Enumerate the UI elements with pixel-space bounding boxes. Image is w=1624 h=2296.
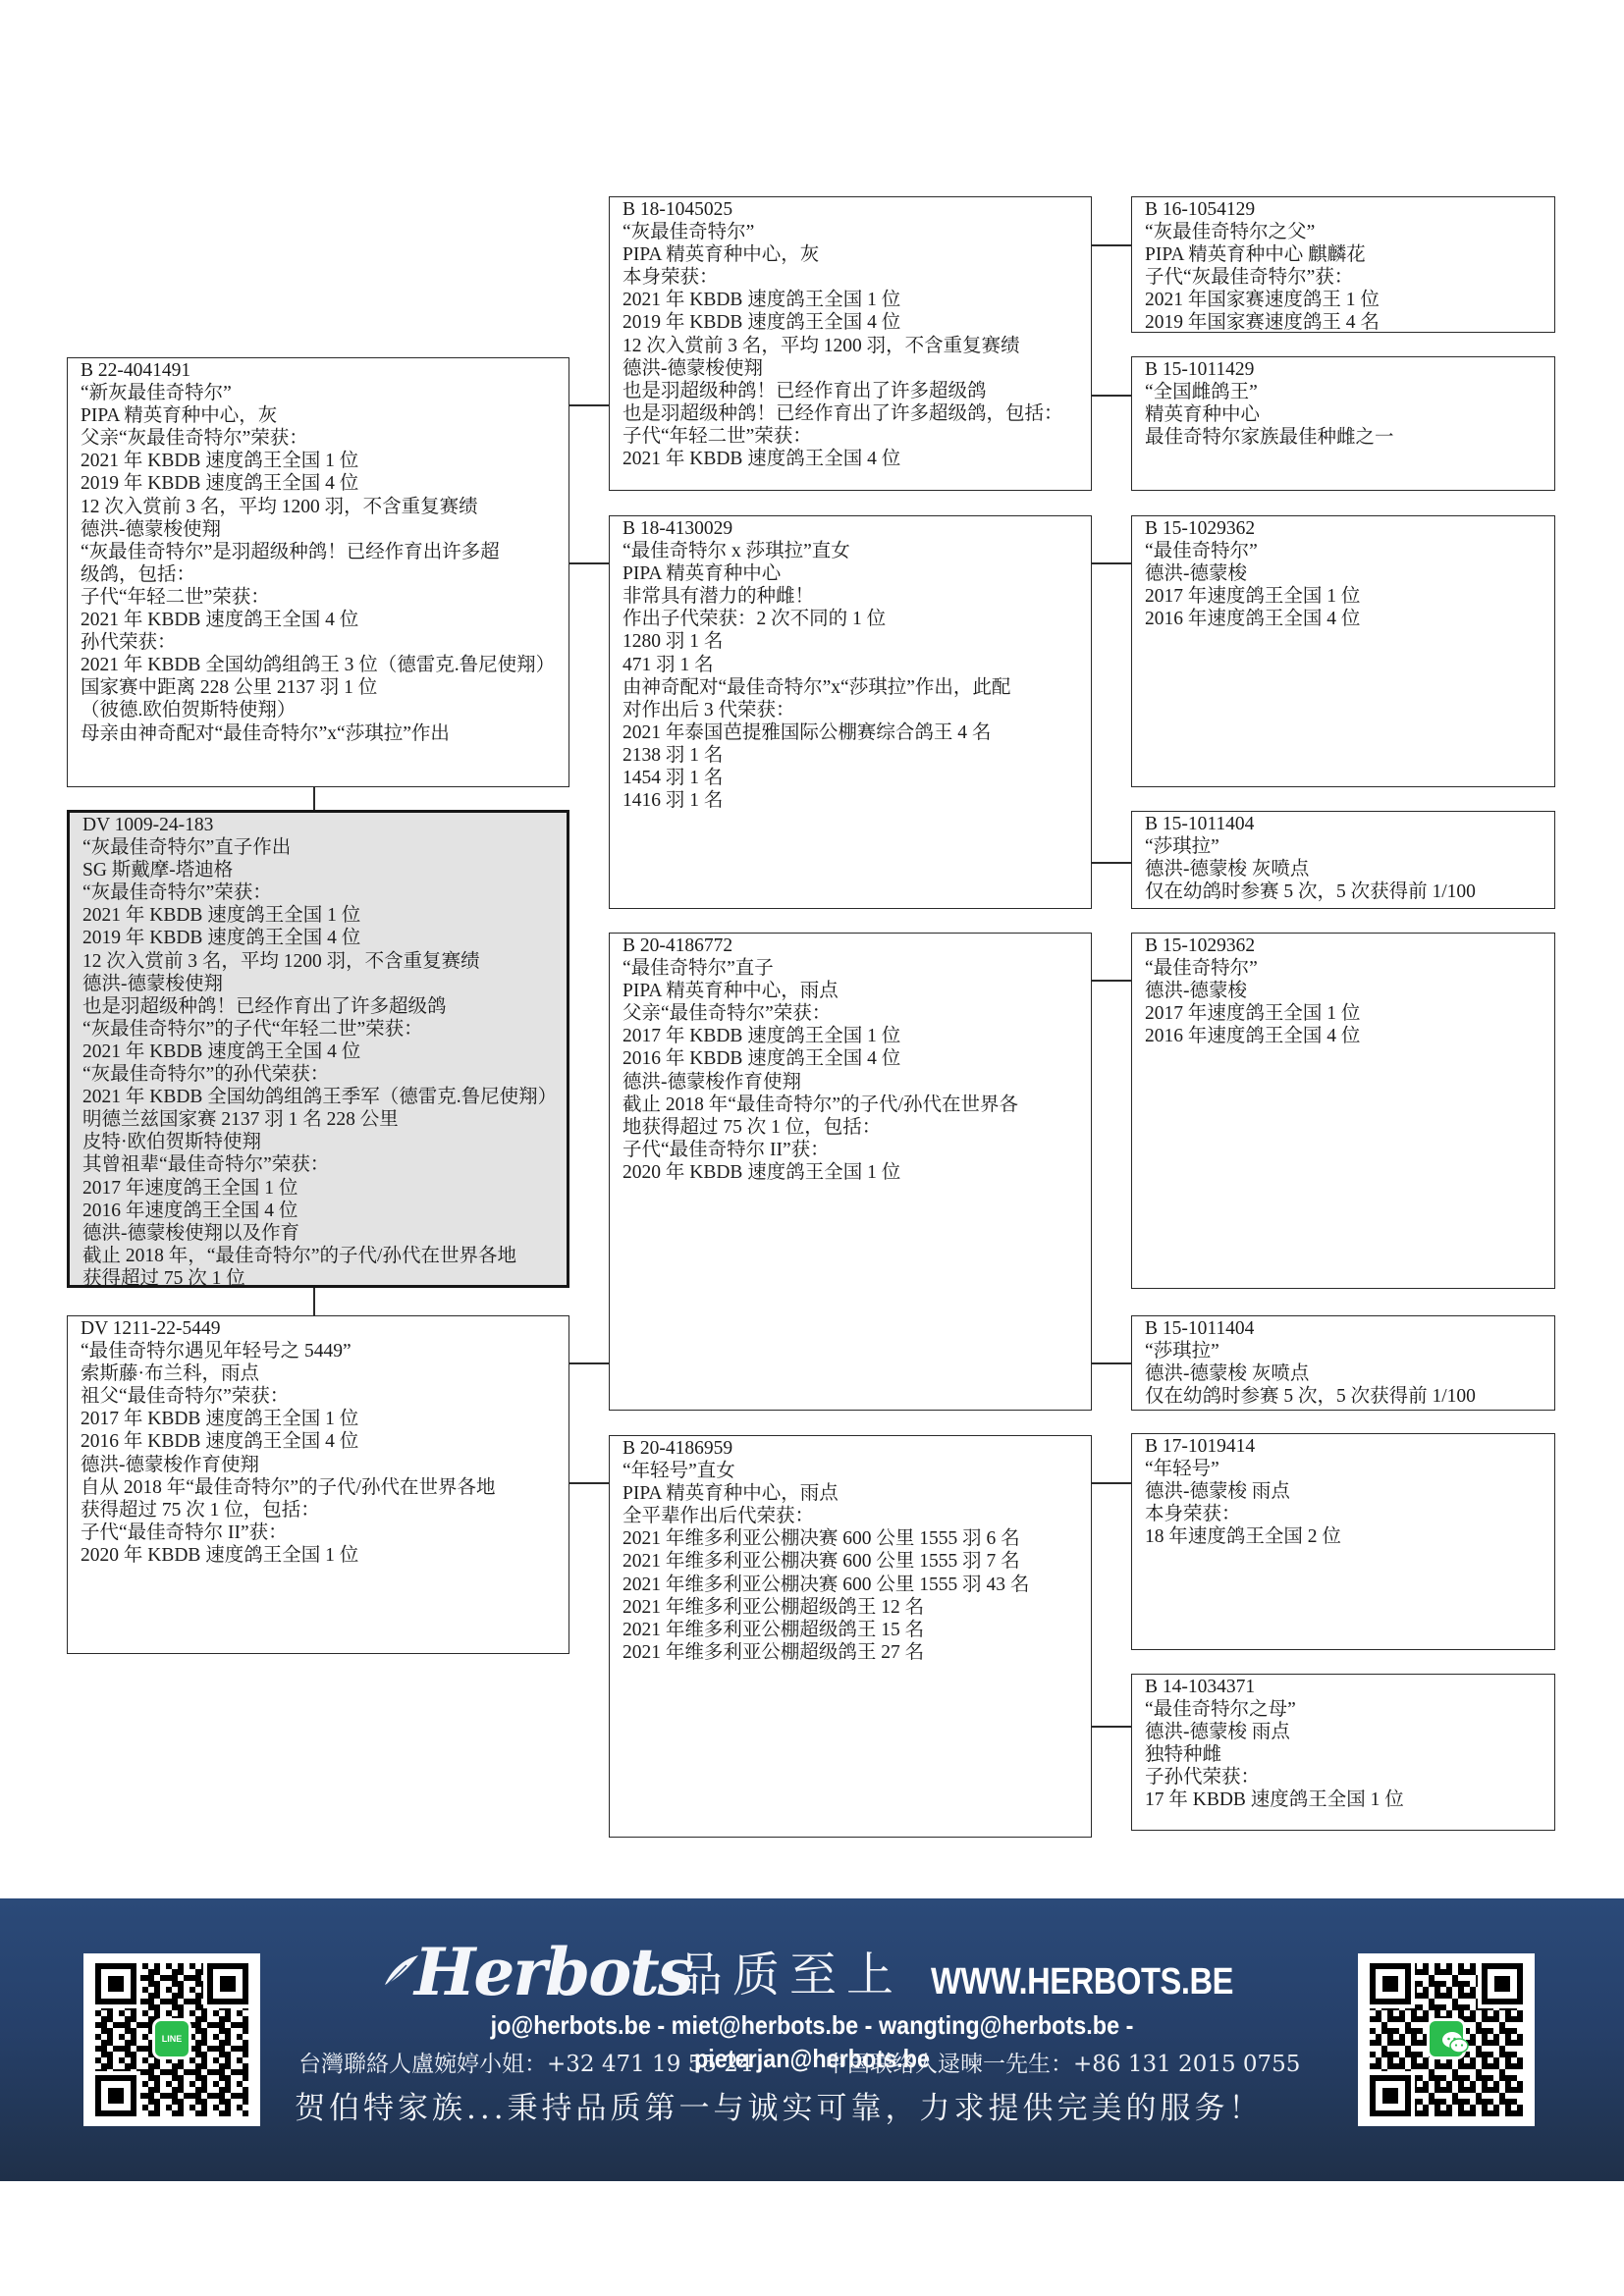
text-line: 2021 年 KBDB 全国幼鸽组鸽王季军（德雷克.鲁尼使翔） (82, 1086, 567, 1108)
pedigree-card-paternal-granddam: B 18-4130029“最佳奇特尔 x 莎琪拉”直女PIPA 精英育种中心非常… (609, 515, 1092, 909)
text-line: “灰最佳奇特尔”直子作出 (82, 836, 567, 859)
pedigree-card-great-grandparent: B 15-1011404“莎琪拉”德洪-德蒙梭 灰喷点仅在幼鸽时参赛 5 次，5… (1131, 1315, 1555, 1411)
text-line: 2138 羽 1 名 (623, 744, 1091, 767)
text-line: 祖父“最佳奇特尔”荣获： (81, 1385, 568, 1408)
connector-line (313, 1288, 315, 1315)
text-line: “灰最佳奇特尔” (623, 221, 1091, 243)
text-line: 德洪-德蒙梭 雨点 (1145, 1480, 1554, 1503)
connector-line (1092, 862, 1131, 864)
text-line: PIPA 精英育种中心 (623, 562, 1091, 585)
text-line: 对作出后 3 代荣获： (623, 699, 1091, 721)
text-line: 皮特·欧伯贺斯特使翔 (82, 1131, 567, 1153)
text-line: “灰最佳奇特尔”是羽超级种鸽！已经作育出许多超 (81, 541, 568, 563)
text-line: 也是羽超级种鸽！已经作育出了许多超级鸽 (82, 995, 567, 1018)
text-line: 截止 2018 年，“最佳奇特尔”的子代/孙代在世界各地 (82, 1245, 567, 1267)
text-line: “灰最佳奇特尔”的子代“年轻二世”荣获： (82, 1018, 567, 1041)
text-line: 级鸽，包括： (81, 563, 568, 586)
text-line: 父亲“灰最佳奇特尔”荣获： (81, 427, 568, 450)
ring-number: B 20-4186959 (623, 1437, 1091, 1460)
text-line: 德洪-德蒙梭作育使翔 (81, 1454, 568, 1476)
website-link[interactable]: WWW.HERBOTS.BE (931, 1959, 1233, 2004)
pedigree-card-maternal-grandsire: B 20-4186772“最佳奇特尔”直子PIPA 精英育种中心，雨点父亲“最佳… (609, 933, 1092, 1411)
ring-number: B 15-1029362 (1145, 934, 1554, 957)
text-line: 其曾祖辈“最佳奇特尔”荣获： (82, 1153, 567, 1176)
ring-number: B 14-1034371 (1145, 1676, 1554, 1698)
text-line: 母亲由神奇配对“最佳奇特尔”x“莎琪拉”作出 (81, 722, 568, 745)
text-line: 作出子代荣获：2 次不同的 1 位 (623, 608, 1091, 630)
text-line: 德洪-德蒙梭 雨点 (1145, 1721, 1554, 1743)
pedigree-card-great-grandparent: B 14-1034371“最佳奇特尔之母”德洪-德蒙梭 雨点独特种雌子孙代荣获：… (1131, 1674, 1555, 1831)
connector-line (1092, 1362, 1131, 1364)
text-line: 2021 年维多利亚公棚超级鸽王 12 名 (623, 1596, 1091, 1619)
pedigree-card-dam: DV 1211-22-5449“最佳奇特尔遇见年轻号之 5449”索斯藤·布兰科… (67, 1315, 569, 1654)
text-line: 2016 年 KBDB 速度鸽王全国 4 位 (623, 1047, 1091, 1070)
brand-row: Herbots 品质至上 WWW.HERBOTS.BE (381, 1936, 1265, 2008)
line-icon: LINE (152, 2018, 191, 2059)
contact-phones: 台灣聯絡人盧婉婷小姐：+32 471 19 55 24 中国联络人逯暕一先生：+… (295, 2048, 1326, 2081)
text-line: 2021 年 KBDB 速度鸽王全国 4 位 (82, 1041, 567, 1063)
text-line: 德洪-德蒙梭使翔 (81, 518, 568, 541)
text-line: 自从 2018 年“最佳奇特尔”的子代/孙代在世界各地 (81, 1476, 568, 1499)
text-line: PIPA 精英育种中心 麒麟花 (1145, 243, 1554, 266)
text-line: 独特种雌 (1145, 1743, 1554, 1766)
ring-number: B 20-4186772 (623, 934, 1091, 957)
text-line: “最佳奇特尔” (1145, 957, 1554, 980)
text-line: PIPA 精英育种中心，雨点 (623, 980, 1091, 1002)
text-line: 精英育种中心 (1145, 403, 1554, 426)
text-line: 2017 年 KBDB 速度鸽王全国 1 位 (81, 1408, 568, 1430)
text-line: 12 次入赏前 3 名，平均 1200 羽，不含重复赛绩 (623, 335, 1091, 357)
text-line: 2021 年国家赛速度鸽王 1 位 (1145, 289, 1554, 311)
pedigree-card-great-grandparent: B 15-1029362“最佳奇特尔”德洪-德蒙梭2017 年速度鸽王全国 1 … (1131, 515, 1555, 787)
text-line: 德洪-德蒙梭使翔 (623, 357, 1091, 380)
ring-number: B 22-4041491 (81, 359, 568, 382)
pedigree-card-sire: B 22-4041491“新灰最佳奇特尔”PIPA 精英育种中心，灰父亲“灰最佳… (67, 357, 569, 787)
text-line: PIPA 精英育种中心，雨点 (623, 1482, 1091, 1505)
text-line: 2020 年 KBDB 速度鸽王全国 1 位 (81, 1544, 568, 1567)
text-line: 最佳奇特尔家族最佳种雌之一 (1145, 426, 1554, 449)
connector-line (1092, 395, 1131, 397)
ring-number: B 15-1011429 (1145, 358, 1554, 381)
text-line: 索斯藤·布兰科，雨点 (81, 1362, 568, 1385)
brand-tagline: 品质至上 (676, 1946, 903, 2004)
text-line: 德洪-德蒙梭作育使翔 (623, 1071, 1091, 1094)
text-line: 由神奇配对“最佳奇特尔”x“莎琪拉”作出，此配 (623, 676, 1091, 699)
text-line: 17 年 KBDB 速度鸽王全国 1 位 (1145, 1789, 1554, 1811)
text-line: 本身荣获： (623, 266, 1091, 289)
text-line: 2017 年速度鸽王全国 1 位 (1145, 1002, 1554, 1025)
contact-banner: LINE Herbots 品质至上 WWW.HERBOTS.BE jo@herb… (0, 1898, 1624, 2181)
text-line: “最佳奇特尔之母” (1145, 1698, 1554, 1721)
pedigree-card-maternal-granddam: B 20-4186959“年轻号”直女PIPA 精英育种中心，雨点全平辈作出后代… (609, 1435, 1092, 1838)
brand-logo: Herbots (381, 1936, 692, 2008)
text-line: 2021 年维多利亚公棚决赛 600 公里 1555 羽 43 名 (623, 1574, 1091, 1596)
text-line: 1416 羽 1 名 (623, 789, 1091, 812)
text-line: 2021 年 KBDB 速度鸽王全国 1 位 (81, 450, 568, 472)
ring-number: B 18-4130029 (623, 517, 1091, 540)
text-line: 2016 年速度鸽王全国 4 位 (1145, 608, 1554, 630)
pedigree-card-great-grandparent: B 15-1011404“莎琪拉”德洪-德蒙梭 灰喷点仅在幼鸽时参赛 5 次，5… (1131, 811, 1555, 909)
text-line: 也是羽超级种鸽！已经作育出了许多超级鸽，包括： (623, 402, 1091, 425)
text-line: 明德兰兹国家赛 2137 羽 1 名 228 公里 (82, 1108, 567, 1131)
text-line: “灰最佳奇特尔”荣获： (82, 881, 567, 904)
text-line: 孙代荣获： (81, 631, 568, 654)
text-line: 2021 年 KBDB 速度鸽王全国 1 位 (82, 904, 567, 927)
text-line: 德洪-德蒙梭 (1145, 562, 1554, 585)
text-line: 2016 年速度鸽王全国 4 位 (82, 1200, 567, 1222)
text-line: 2021 年维多利亚公棚决赛 600 公里 1555 羽 7 名 (623, 1550, 1091, 1573)
text-line: “最佳奇特尔”直子 (623, 957, 1091, 980)
text-line: 2020 年 KBDB 速度鸽王全国 1 位 (623, 1161, 1091, 1184)
text-line: 仅在幼鸽时参赛 5 次，5 次获得前 1/100 (1145, 1385, 1554, 1408)
text-line: “全国雌鸽王” (1145, 381, 1554, 403)
ring-number: B 16-1054129 (1145, 198, 1554, 221)
text-line: “莎琪拉” (1145, 1340, 1554, 1362)
pedigree-page: B 22-4041491“新灰最佳奇特尔”PIPA 精英育种中心，灰父亲“灰最佳… (0, 0, 1624, 2296)
text-line: 2016 年速度鸽王全国 4 位 (1145, 1025, 1554, 1047)
chat-bubbles-icon (1441, 2031, 1469, 2055)
pedigree-card-great-grandparent: B 16-1054129“灰最佳奇特尔之父”PIPA 精英育种中心 麒麟花子代“… (1131, 196, 1555, 333)
text-line: 全平辈作出后代荣获： (623, 1505, 1091, 1527)
text-line: 子代“最佳奇特尔 II”获： (81, 1522, 568, 1544)
text-line: “灰最佳奇特尔之父” (1145, 221, 1554, 243)
text-line: 471 羽 1 名 (623, 654, 1091, 676)
text-line: 2021 年 KBDB 速度鸽王全国 4 位 (81, 609, 568, 631)
ring-number: B 15-1011404 (1145, 813, 1554, 835)
pedigree-card-subject: DV 1009-24-183“灰最佳奇特尔”直子作出SG 斯戴摩-塔迪格“灰最佳… (67, 810, 569, 1288)
text-line: （彼德.欧伯贺斯特使翔） (81, 699, 568, 721)
ring-number: B 15-1029362 (1145, 517, 1554, 540)
text-line: PIPA 精英育种中心，灰 (623, 243, 1091, 266)
connector-line (1092, 562, 1131, 564)
connector-line (1092, 1482, 1131, 1484)
text-line: 本身荣获： (1145, 1503, 1554, 1525)
ring-number: B 15-1011404 (1145, 1317, 1554, 1340)
text-line: 获得超过 75 次 1 位，包括： (81, 1499, 568, 1522)
text-line: 德洪-德蒙梭 灰喷点 (1145, 1362, 1554, 1385)
pedigree-card-great-grandparent: B 15-1029362“最佳奇特尔”德洪-德蒙梭2017 年速度鸽王全国 1 … (1131, 933, 1555, 1289)
text-line: 父亲“最佳奇特尔”荣获： (623, 1002, 1091, 1025)
text-line: 2021 年 KBDB 速度鸽王全国 1 位 (623, 289, 1091, 311)
text-line: 子代“最佳奇特尔 II”获： (623, 1139, 1091, 1161)
text-line: 2021 年维多利亚公棚决赛 600 公里 1555 羽 6 名 (623, 1527, 1091, 1550)
text-line: 获得超过 75 次 1 位 (82, 1267, 567, 1288)
text-line: “最佳奇特尔遇见年轻号之 5449” (81, 1340, 568, 1362)
ring-number: DV 1211-22-5449 (81, 1317, 568, 1340)
text-line: 仅在幼鸽时参赛 5 次，5 次获得前 1/100 (1145, 881, 1554, 903)
connector-line (1092, 1726, 1131, 1728)
ring-number: B 18-1045025 (623, 198, 1091, 221)
text-line: 国家赛中距离 228 公里 2137 羽 1 位 (81, 676, 568, 699)
text-line: 2017 年速度鸽王全国 1 位 (1145, 585, 1554, 608)
text-line: 子代“灰最佳奇特尔”获： (1145, 266, 1554, 289)
text-line: 德洪-德蒙梭使翔 (82, 973, 567, 995)
contact-taiwan: 台灣聯絡人盧婉婷小姐：+32 471 19 55 24 (298, 2048, 752, 2081)
text-line: 2019 年国家赛速度鸽王 4 名 (1145, 311, 1554, 333)
connector-line (313, 787, 315, 810)
text-line: 2016 年 KBDB 速度鸽王全国 4 位 (81, 1430, 568, 1453)
text-line: “新灰最佳奇特尔” (81, 382, 568, 404)
text-line: 2021 年 KBDB 全国幼鸽组鸽王 3 位（德雷克.鲁尼使翔） (81, 654, 568, 676)
connector-line (569, 1482, 609, 1484)
text-line: 2017 年 KBDB 速度鸽王全国 1 位 (623, 1025, 1091, 1047)
text-line: 截止 2018 年“最佳奇特尔”的子代/孙代在世界各 (623, 1094, 1091, 1116)
ring-number: DV 1009-24-183 (82, 814, 567, 836)
text-line: 2021 年泰国芭提雅国际公棚赛综合鸽王 4 名 (623, 721, 1091, 744)
text-line: 12 次入赏前 3 名，平均 1200 羽，不含重复赛绩 (81, 496, 568, 518)
text-line: “灰最佳奇特尔”的孙代荣获： (82, 1063, 567, 1086)
connector-line (1092, 980, 1131, 982)
text-line: 2019 年 KBDB 速度鸽王全国 4 位 (82, 927, 567, 949)
text-line: 2021 年维多利亚公棚超级鸽王 27 名 (623, 1641, 1091, 1664)
text-line: 非常具有潜力的种雌！ (623, 585, 1091, 608)
connector-line (569, 562, 609, 564)
text-line: PIPA 精英育种中心，灰 (81, 404, 568, 427)
line-qr-code[interactable]: LINE (83, 1953, 260, 2126)
text-line: 子孙代荣获： (1145, 1766, 1554, 1789)
text-line: 18 年速度鸽王全国 2 位 (1145, 1525, 1554, 1548)
pedigree-card-great-grandparent: B 15-1011429“全国雌鸽王”精英育种中心最佳奇特尔家族最佳种雌之一 (1131, 356, 1555, 491)
pedigree-card-paternal-grandsire: B 18-1045025“灰最佳奇特尔”PIPA 精英育种中心，灰本身荣获：20… (609, 196, 1092, 491)
wechat-icon (1427, 2018, 1466, 2059)
text-line: 也是羽超级种鸽！已经作育出了许多超级鸽 (623, 380, 1091, 402)
text-line: 2019 年 KBDB 速度鸽王全国 4 位 (81, 472, 568, 495)
text-line: 2017 年速度鸽王全国 1 位 (82, 1177, 567, 1200)
text-line: 12 次入赏前 3 名，平均 1200 羽，不含重复赛绩 (82, 950, 567, 973)
connector-line (1092, 244, 1131, 246)
text-line: 2021 年维多利亚公棚超级鸽王 15 名 (623, 1619, 1091, 1641)
text-line: 德洪-德蒙梭使翔以及作育 (82, 1222, 567, 1245)
text-line: 地获得超过 75 次 1 位，包括： (623, 1116, 1091, 1139)
slogan: 贺伯特家族...秉持品质第一与诚实可靠，力求提供完美的服务！ (295, 2087, 1316, 2130)
text-line: 2021 年 KBDB 速度鸽王全国 4 位 (623, 448, 1091, 470)
text-line: 德洪-德蒙梭 (1145, 980, 1554, 1002)
text-line: “最佳奇特尔 x 莎琪拉”直女 (623, 540, 1091, 562)
text-line: 子代“年轻二世”荣获： (81, 586, 568, 609)
text-line: 子代“年轻二世”荣获： (623, 425, 1091, 448)
text-line: 德洪-德蒙梭 灰喷点 (1145, 858, 1554, 881)
contact-china: 中国联络人逯暕一先生：+86 131 2015 0755 (825, 2048, 1300, 2081)
text-line: “年轻号” (1145, 1458, 1554, 1480)
ring-number: B 17-1019414 (1145, 1435, 1554, 1458)
connector-line (569, 1362, 609, 1364)
text-line: “最佳奇特尔” (1145, 540, 1554, 562)
text-line: “年轻号”直女 (623, 1460, 1091, 1482)
text-line: 2019 年 KBDB 速度鸽王全国 4 位 (623, 311, 1091, 334)
text-line: 1280 羽 1 名 (623, 630, 1091, 653)
wechat-qr-code[interactable] (1358, 1953, 1535, 2126)
text-line: 1454 羽 1 名 (623, 767, 1091, 789)
connector-line (569, 404, 609, 406)
pedigree-card-great-grandparent: B 17-1019414“年轻号”德洪-德蒙梭 雨点本身荣获：18 年速度鸽王全… (1131, 1433, 1555, 1650)
text-line: SG 斯戴摩-塔迪格 (82, 859, 567, 881)
text-line: “莎琪拉” (1145, 835, 1554, 858)
